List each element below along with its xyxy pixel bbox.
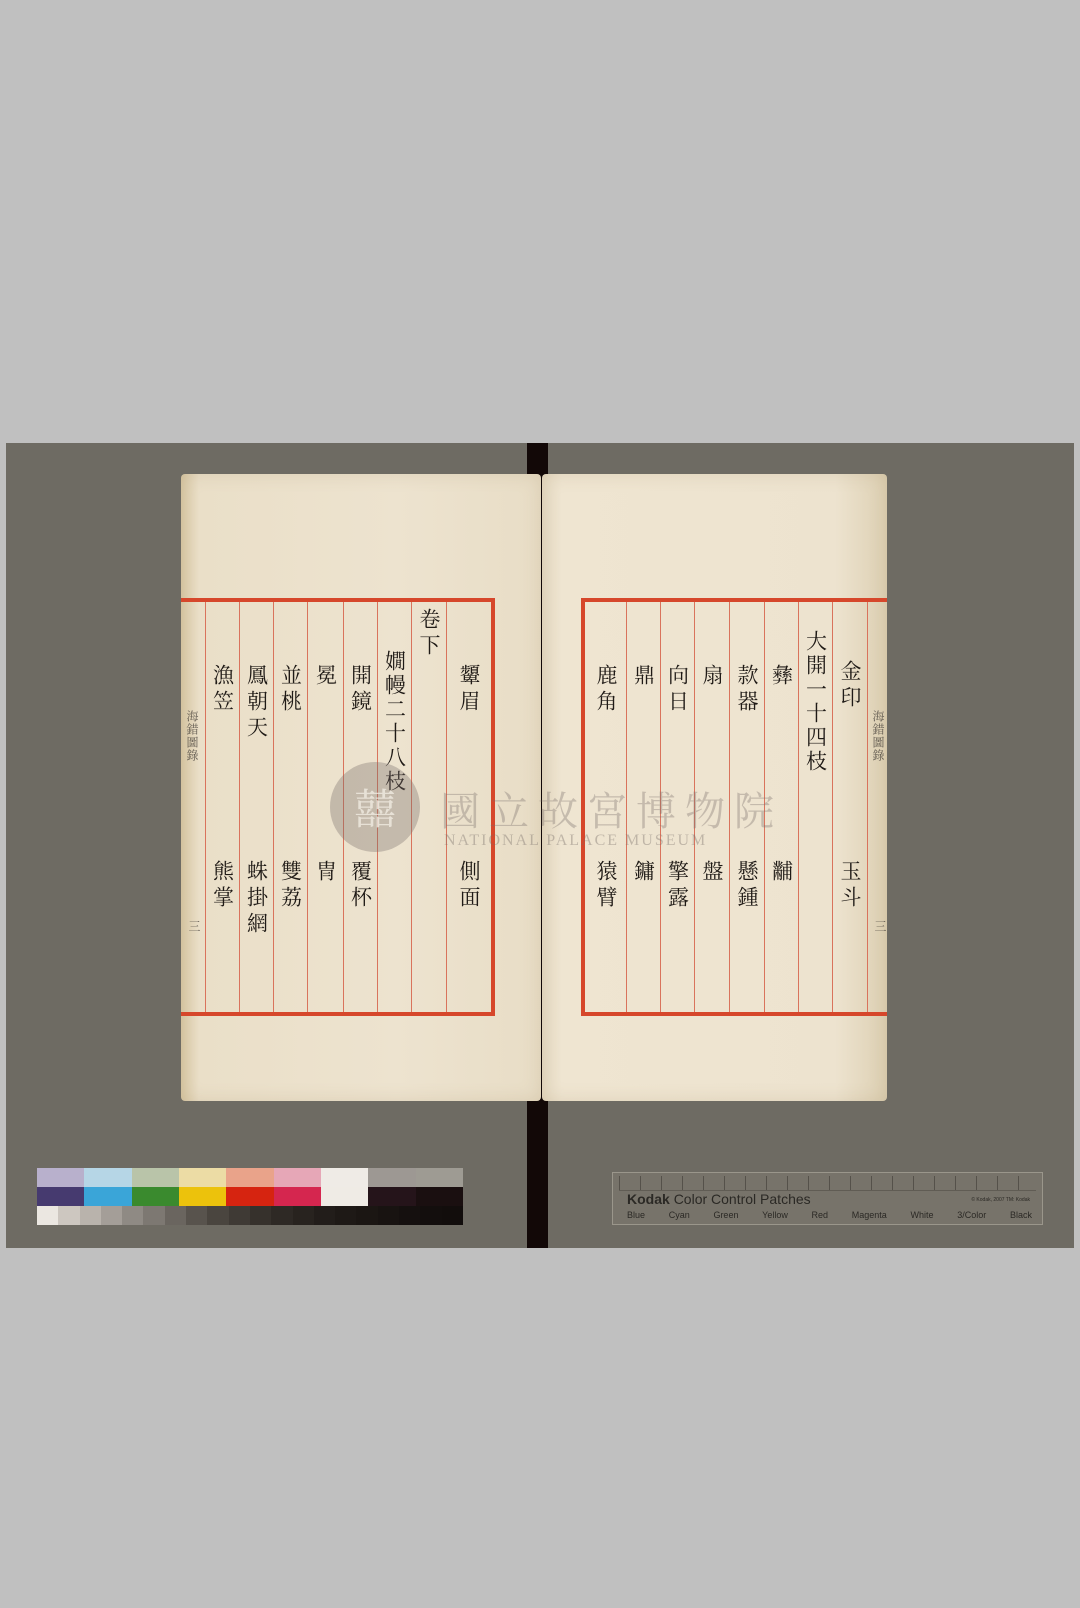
grayscale-row [37,1206,463,1225]
patch-label: White [911,1210,934,1220]
column-top-text: 冕 [315,664,336,690]
column-bottom-text: 擎露 [667,860,688,912]
patch-label: Green [713,1210,738,1220]
column-bottom-text: 蛛掛網 [246,860,267,938]
column-top-text: 金印 [839,660,860,712]
column-bottom-text: 雙荔 [280,860,301,912]
color-patch [84,1168,131,1187]
column-bottom-text: 懸鍾 [736,860,757,912]
column-bottom-text: 玉斗 [839,860,860,912]
color-calibration-bar [37,1168,463,1225]
column-top-text: 款器 [736,664,757,716]
column-bottom-text: 熊掌 [212,860,233,912]
color-patch [229,1206,250,1225]
patch-label: Magenta [852,1210,887,1220]
color-patch [122,1206,143,1225]
color-patch [207,1206,228,1225]
text-column: 並桃 雙荔 [273,602,307,1012]
fore-edge-title: 海錯圖錄 [870,710,887,762]
column-top-text: 鹿角 [595,664,616,716]
volume-heading: 卷下 [418,608,439,660]
color-patch [274,1187,321,1206]
color-patch [314,1206,335,1225]
color-patch [58,1206,79,1225]
column-top-text: 彝 [771,664,792,690]
color-patch [274,1168,321,1187]
column-top-text: 扇 [701,664,722,690]
color-patch [165,1206,186,1225]
column-rule [867,602,868,1012]
text-column: 鳳朝天 蛛掛網 [239,602,273,1012]
seal-glyph: 囍 [354,777,396,837]
patch-label: Blue [627,1210,645,1220]
column-bottom-text: 覆杯 [350,860,371,912]
color-patch [179,1168,226,1187]
color-patch [37,1168,84,1187]
section-heading: 大開一十四枝 [805,630,826,774]
column-bottom-text: 盤 [701,860,722,886]
color-patch [271,1206,292,1225]
color-patch-row [37,1187,463,1206]
color-patch [399,1206,420,1225]
column-top-text: 並桃 [280,664,301,716]
color-patch [368,1168,415,1187]
color-patch [179,1187,226,1206]
color-patch [226,1187,273,1206]
column-top-text: 顰眉 [458,664,479,716]
patch-label: Red [812,1210,829,1220]
kodak-title: Kodak Color Control Patches [627,1191,811,1207]
patch-label: 3/Color [957,1210,986,1220]
patch-label: Black [1010,1210,1032,1220]
color-patch [356,1206,377,1225]
column-bottom-text: 冑 [315,860,336,886]
patch-label: Cyan [669,1210,690,1220]
fore-edge-title: 海錯圖錄 [184,710,201,762]
color-patch [416,1168,463,1187]
color-patch [37,1187,84,1206]
kodak-color-control-strip: Kodak Color Control Patches © Kodak, 200… [612,1172,1043,1225]
column-top-text: 開鏡 [350,664,371,716]
color-patch [368,1187,415,1206]
column-bottom-text: 側面 [458,860,479,912]
color-patch [84,1187,131,1206]
museum-seal-watermark: 囍 [330,762,420,852]
color-patch [378,1206,399,1225]
color-patch [321,1187,368,1206]
watermark-english: NATIONAL PALACE MUSEUM [444,832,707,850]
color-patch [250,1206,271,1225]
column-bottom-text: 猿臂 [595,860,616,912]
column-top-text: 漁笠 [212,664,233,716]
tint-patch-row [37,1168,463,1187]
fore-edge-page-number: 三 [872,920,889,933]
watermark-chinese: 國立故宮博物院 [440,780,783,837]
kodak-copyright: © Kodak, 2007 TM: Kodak [971,1197,1030,1203]
color-patch [37,1206,58,1225]
column-top-text: 鳳朝天 [246,664,267,742]
color-patch [143,1206,164,1225]
color-patch [335,1206,356,1225]
color-patch [416,1187,463,1206]
text-column: 大開一十四枝 [798,602,832,1012]
color-patch [132,1168,179,1187]
fore-edge-page-number: 三 [186,920,203,933]
column-top-text: 鼎 [633,664,654,690]
color-patch [420,1206,441,1225]
column-bottom-text: 鏞 [633,860,654,886]
color-patch [80,1206,101,1225]
color-patch [226,1168,273,1187]
kodak-brand: Kodak [627,1191,670,1207]
color-patch [132,1187,179,1206]
column-bottom-text: 黼 [771,860,792,886]
kodak-title-text: Color Control Patches [674,1191,811,1207]
text-column: 金印 玉斗 [832,602,867,1012]
color-patch [101,1206,122,1225]
color-patch [186,1206,207,1225]
column-top-text: 向日 [667,664,688,716]
ruler-scale [619,1176,1036,1191]
color-patch [321,1168,368,1187]
color-patch [442,1206,463,1225]
color-patch [293,1206,314,1225]
text-column: 漁笠 熊掌 [205,602,239,1012]
kodak-patch-labels: Blue Cyan Green Yellow Red Magenta White… [627,1210,1032,1220]
patch-label: Yellow [762,1210,788,1220]
